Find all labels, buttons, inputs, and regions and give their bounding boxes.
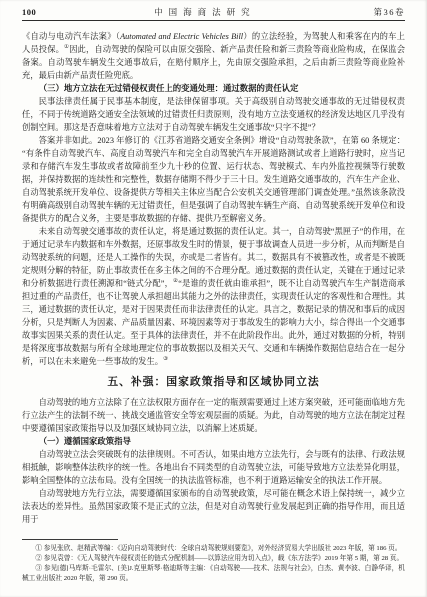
footnote-ref: ① bbox=[64, 44, 69, 50]
page-header: 100 中国海商法研究 第36卷 bbox=[22, 6, 405, 18]
article-body: 《自动与电动汽车法案》（Automated and Electric Vehic… bbox=[22, 30, 405, 526]
page-number: 100 bbox=[22, 6, 36, 18]
footnote-section: ① 参见张欣、赵精武等编：《迈向自动驾驶时代：全球自动驾驶规则要览》，对外经济贸… bbox=[22, 539, 405, 584]
body-paragraph: 未来自动驾驶交通事故的责任认定，将是通过数据的责任认定。其一，自动驾驶“黑匣子”… bbox=[22, 225, 405, 368]
subsection-heading-1: （一）遵循国家政策指导 bbox=[22, 435, 405, 448]
footnote-ref: ② bbox=[173, 278, 178, 284]
volume-number: 第36卷 bbox=[373, 6, 405, 18]
footnote-divider bbox=[22, 539, 118, 540]
footnote-3: ③ 参见[德]马库斯·毛雷尔、[美]J.克里斯琴·格迪斯等主编：《自动驾驶——技… bbox=[22, 564, 405, 584]
subsection-heading-3: （三）地方立法在无过错侵权责任上的变通处理：通过数据的责任认定 bbox=[22, 82, 405, 95]
journal-title: 中国海商法研究 bbox=[154, 6, 256, 18]
footnote-2: ② 参见袁曾：《无人驾驶汽车侵权责任的链式分配机制——以算法应用为切入点》，载《… bbox=[22, 554, 405, 564]
footnote-1: ① 参见张欣、赵精武等编：《迈向自动驾驶时代：全球自动驾驶规则要览》，对外经济贸… bbox=[22, 544, 405, 554]
footnote-ref: ③ bbox=[163, 356, 168, 362]
body-paragraph-continuation: 《自动与电动汽车法案》（Automated and Electric Vehic… bbox=[22, 30, 405, 82]
section-heading-5: 五、补强：国家政策指导和区域协同立法 bbox=[22, 376, 405, 389]
body-paragraph: 民事法律责任属于民事基本制度，是法律保留事项。关于高级别自动驾驶交通事故的无过错… bbox=[22, 95, 405, 134]
body-paragraph: 自动驾驶立法会突破既有的法律规则。不可否认，如果由地方立法先行，会与既有的法律、… bbox=[22, 448, 405, 487]
header-divider bbox=[22, 20, 405, 21]
body-paragraph: 自动驾驶的地方立法除了在立法权限方面存在一定的瓶颈需要通过上述方案突破，还可能面… bbox=[22, 396, 405, 435]
journal-page: 100 中国海商法研究 第36卷 《自动与电动汽车法案》（Automated a… bbox=[0, 0, 427, 597]
body-paragraph: 答案并非如此。2023 年修订的《江苏省道路交通安全条例》增设“自动驾驶条款”，… bbox=[22, 134, 405, 225]
body-paragraph: 自动驾驶地方先行立法，需要遵循国家颁布的自动驾驶政策，尽可能在概念术语上保持统一… bbox=[22, 487, 405, 526]
